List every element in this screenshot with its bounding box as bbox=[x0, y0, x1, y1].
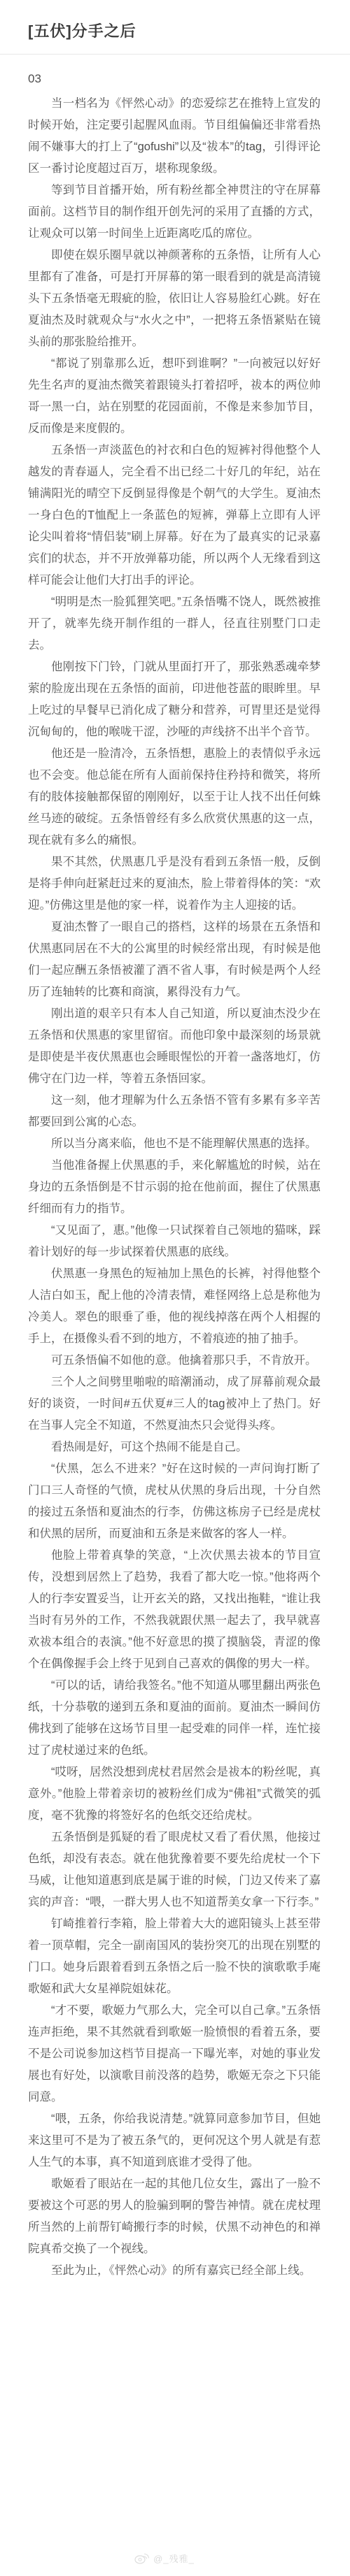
paragraph: 他刚按下门铃，门就从里面打开了，那张熟悉魂牵梦萦的脸庞出现在五条悟的面前，印进他… bbox=[28, 656, 321, 743]
watermark: @_残雅_ bbox=[0, 2552, 329, 2565]
paragraph: 所以当分离来临，他也不是不能理解伏黑惠的选择。 bbox=[28, 1133, 321, 1155]
paragraph: 至此为止，《怦然心动》的所有嘉宾已经全部上线。 bbox=[28, 2260, 321, 2282]
article-body: 当一档名为《怦然心动》的恋爱综艺在推特上宣发的时候开始，注定要引起腥风血雨。节目… bbox=[28, 93, 321, 2282]
divider bbox=[0, 54, 350, 55]
paragraph: 五条悟倒是狐疑的看了眼虎杖又看了看伏黑，他接过色纸，却没有表态。就在他犹豫着要不… bbox=[28, 1827, 321, 1913]
paragraph: “哎呀，居然没想到虎杖君居然会是祓本的粉丝呢，真意外。”他脸上带着亲切的被粉丝们… bbox=[28, 1762, 321, 1827]
page-title: [五伏]分手之后 bbox=[28, 21, 321, 42]
paragraph: “明明是杰一脸狐狸笑吧。”五条悟嘴不饶人，既然被推开了，就率先绕开制作组的一群人… bbox=[28, 591, 321, 656]
paragraph: 刚出道的艰辛只有本人自己知道，所以夏油杰没少在五条悟和伏黑惠的家里留宿。而他印象… bbox=[28, 1003, 321, 1090]
paragraph: 这一刻，他才理解为什么五条悟不管有多累有多辛苦都要回到公寓的心态。 bbox=[28, 1090, 321, 1133]
paragraph: 伏黑惠一身黑色的短袖加上黑色的长裤，衬得他整个人洁白如玉，配上他的冷清表情，难怪… bbox=[28, 1263, 321, 1350]
paragraph: “可以的话，请给我签名。”他不知道从哪里翻出两张色纸，十分恭敬的递到五条和夏油的… bbox=[28, 1675, 321, 1762]
paragraph: 歌姬看了眼站在一起的其他几位女生，露出了一脸不要被这个可恶的男人的脸骗到啊的警告… bbox=[28, 2173, 321, 2260]
paragraph: 等到节目首播开始，所有粉丝都全神贯注的守在屏幕面前。这档节目的制作组开创先河的采… bbox=[28, 180, 321, 245]
paragraph: 即使在娱乐圈早就以神颜著称的五条悟，让所有人心里都有了准备，可是打开屏幕的第一眼… bbox=[28, 245, 321, 353]
watermark-username: @_残雅_ bbox=[153, 2552, 195, 2565]
paragraph: 可五条悟偏不如他的意。他擒着那只手，不肯放开。 bbox=[28, 1350, 321, 1372]
paragraph: 夏油杰瞥了一眼自己的搭档，这样的场景在五条悟和伏黑惠同居在不大的公寓里的时候经常… bbox=[28, 916, 321, 1003]
paragraph: “才不要，歌姬力气那么大，完全可以自己拿。”五条悟连声拒绝，果不其然就看到歌姬一… bbox=[28, 2000, 321, 2108]
chapter-marker: 03 bbox=[28, 69, 321, 89]
paragraph: “都说了别靠那么近，想吓到谁啊？”一向被冠以好好先生名声的夏油杰微笑着跟镜头打着… bbox=[28, 353, 321, 440]
paragraph: 看热闹是好，可这个热闹不能是自己。 bbox=[28, 1437, 321, 1458]
weibo-logo-icon bbox=[134, 2552, 150, 2564]
novel-page: [五伏]分手之后 03 当一档名为《怦然心动》的恋爱综艺在推特上宣发的时候开始，… bbox=[0, 0, 350, 2576]
paragraph: 钉崎推着行李箱，脸上带着大大的遮阳镜头上甚至带着一顶草帽，完全一副南国风的装扮突… bbox=[28, 1913, 321, 2000]
paragraph: 五条悟一声淡蓝色的衬衣和白色的短裤衬得他整个人越发的青春逼人，完全看不出已经二十… bbox=[28, 440, 321, 591]
paragraph: “又见面了，惠。”他像一只试探着自己领地的猫咪，踩着计划好的每一步试探着伏黑惠的… bbox=[28, 1220, 321, 1263]
paragraph: 果不其然，伏黑惠几乎是没有看到五条悟一般，反倒是将手伸向赶紧赶过来的夏油杰，脸上… bbox=[28, 851, 321, 916]
paragraph: “喂，五条，你给我说清楚。”就算同意参加节目，但她来这里可不是为了被五条气的，更… bbox=[28, 2108, 321, 2173]
paragraph: 当一档名为《怦然心动》的恋爱综艺在推特上宣发的时候开始，注定要引起腥风血雨。节目… bbox=[28, 93, 321, 180]
paragraph: 他脸上带着真挚的笑意，“上次伏黑去祓本的节目宣传，没想到居然上了趋势，我看了都大… bbox=[28, 1545, 321, 1675]
paragraph: “伏黑，怎么不进来？”好在这时候的一声问询打断了门口三人奇怪的气愤，虎杖从伏黑的… bbox=[28, 1458, 321, 1545]
paragraph: 他还是一脸清冷，五条悟想，惠脸上的表情似乎永远也不会变。他总能在所有人面前保持住… bbox=[28, 743, 321, 851]
paragraph: 三个人之间劈里啪啦的暗潮涌动，成了屏幕前观众最好的谈资，一时间#五伏夏#三人的t… bbox=[28, 1372, 321, 1437]
paragraph: 当他准备握上伏黑惠的手，来化解尴尬的时候，站在身边的五条悟倒是不甘示弱的抢在他前… bbox=[28, 1155, 321, 1220]
